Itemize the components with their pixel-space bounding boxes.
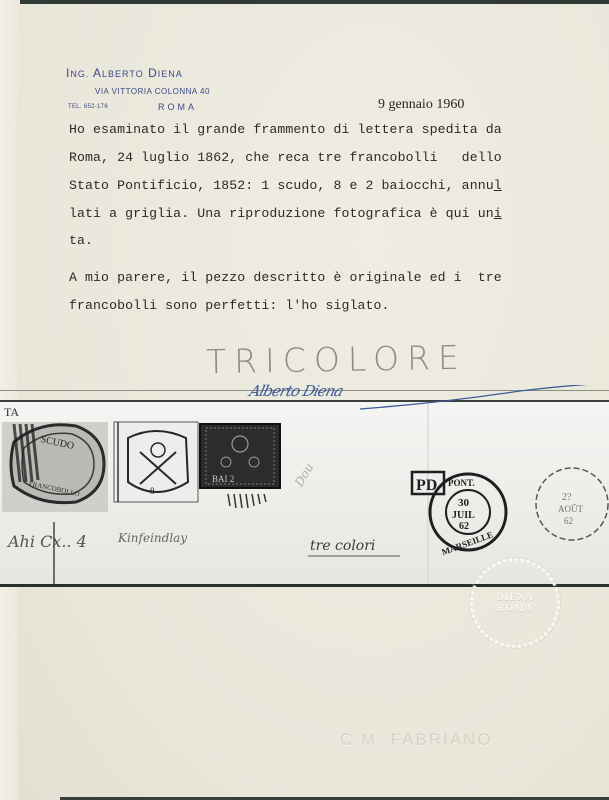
body-line-1: Ho esaminato il grande frammento di lett… [69, 122, 502, 137]
body-line-5: ta. [69, 233, 93, 248]
paper-watermark: C.M. FABRIANO [340, 730, 493, 750]
letterhead-street: VIA VITTORIA COLONNA 40 [95, 87, 210, 96]
stamp-3-2-baiocchi-icon: BAI 2 [200, 424, 280, 508]
pencil-note-tricolore: TRICOLORE [206, 338, 467, 382]
svg-text:2?: 2? [562, 492, 572, 503]
svg-text:JUIL: JUIL [452, 510, 475, 521]
letterhead-name: ING. ALBERTO DIENA [66, 66, 183, 80]
arrival-postmark-icon: 2? AOÛT 62 [536, 468, 608, 540]
svg-text:Dou: Dou [291, 461, 316, 490]
svg-text:PONT.: PONT. [448, 478, 475, 488]
tre-colori-note: tre colori [310, 538, 375, 554]
body-line-7: francobolli sono perfetti: l'ho siglato. [69, 298, 390, 313]
svg-text:AOÛT: AOÛT [558, 504, 583, 514]
letterhead-telephone: TEL. 652-176 [68, 104, 108, 110]
signature-flourish-icon [360, 385, 609, 415]
body-line-3: Stato Pontificio, 1852: 1 scudo, 8 e 2 b… [69, 178, 502, 193]
handwriting-1: Ahi Cx.. 4 [6, 532, 87, 551]
marseille-postmark-icon: 30 JUIL 62 PONT. MARSEILLE [430, 474, 506, 557]
svg-text:PD: PD [416, 477, 437, 494]
diena-embossed-seal: DIENA ROMA [470, 558, 560, 648]
letter-date: 9 gennaio 1960 [378, 97, 464, 113]
svg-text:30: 30 [458, 497, 470, 509]
body-line-2: Roma, 24 luglio 1862, che reca tre franc… [69, 150, 502, 165]
cover-photo-content: SCUDO FRANCOBOLLO 8 BAI 2 Ahi Cx.. 4 Kin… [0, 402, 609, 584]
svg-text:62: 62 [564, 516, 573, 526]
svg-text:62: 62 [459, 521, 469, 532]
svg-text:TA: TA [4, 405, 19, 419]
body-line-6: A mio parere, il pezzo descritto è origi… [69, 270, 502, 285]
svg-text:BAI 2: BAI 2 [212, 474, 234, 484]
letterhead-city: ROMA [158, 102, 197, 112]
handwriting-2: Kinfeindlay [117, 531, 187, 545]
body-line-4: lati a griglia. Una riproduzione fotogra… [69, 206, 502, 221]
stamp-2-8-baiocchi-icon: 8 [114, 422, 198, 502]
stamp-1-scudo-icon: SCUDO FRANCOBOLLO [2, 422, 108, 512]
expert-signature: Alberto Diena [248, 382, 345, 400]
svg-text:8: 8 [150, 486, 155, 496]
